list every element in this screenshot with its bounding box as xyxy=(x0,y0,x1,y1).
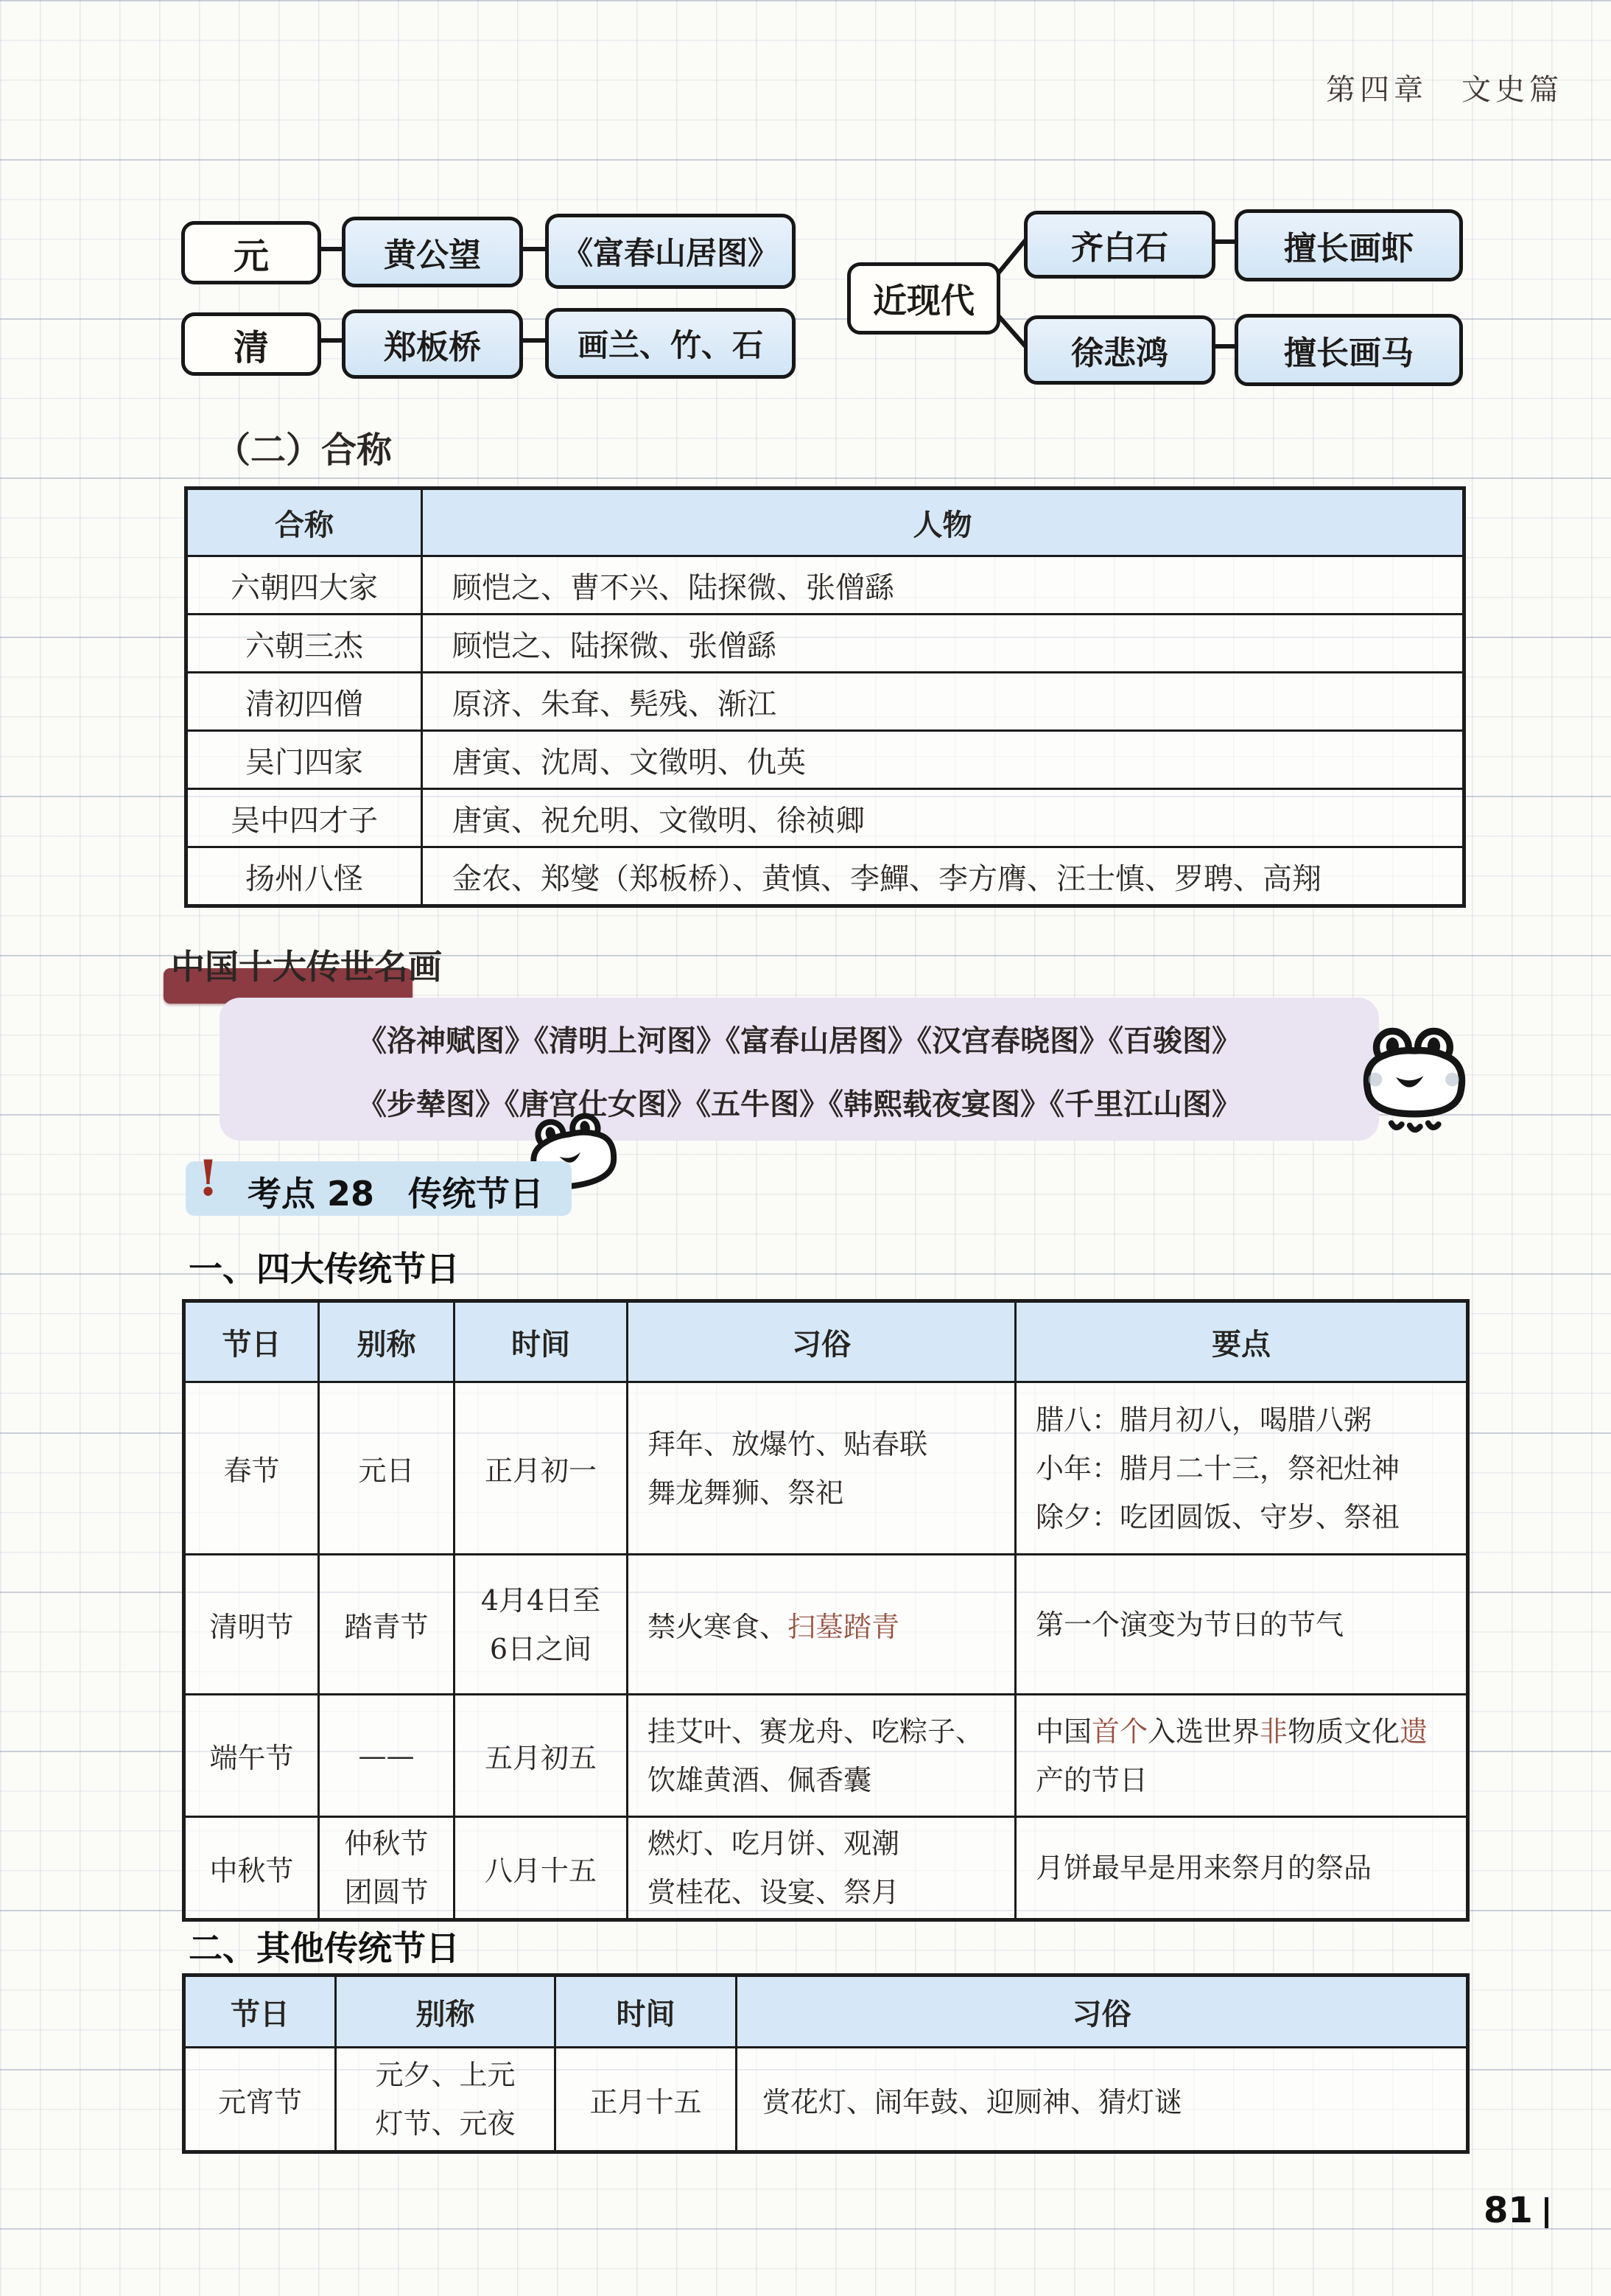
festival-customs: 禁火寒食、扫墓踏青 xyxy=(628,1555,1016,1695)
table-row: 六朝四大家 顾恺之、曹不兴、陆探微、张僧繇 xyxy=(186,556,1464,615)
col-points: 要点 xyxy=(1016,1301,1468,1382)
festival-points: 月饼最早是用来祭月的祭品 xyxy=(1016,1817,1468,1920)
hecheng-col-people: 人物 xyxy=(422,489,1464,556)
festival-alias: 元日 xyxy=(319,1382,454,1555)
table-row-duanwu: 端午节 —— 五月初五 挂艾叶、赛龙舟、吃粽子、 饮雄黄酒、佩香囊 中国首个入选… xyxy=(184,1695,1468,1817)
table-row-qingming: 清明节 踏青节 4月4日至 6日之间 禁火寒食、扫墓踏青 第一个演变为节日的节气 xyxy=(184,1555,1468,1695)
festival-name: 端午节 xyxy=(184,1695,319,1817)
flow-work-fuchunshanju: 《富春山居图》 xyxy=(545,214,796,289)
festivals-header-row: 节日 别称 时间 习俗 要点 xyxy=(184,1301,1468,1382)
four-festivals-heading: 一、四大传统节日 xyxy=(189,1242,460,1291)
festival-points: 腊八：腊月初八，喝腊八粥 小年：腊月二十三，祭祀灶神 除夕：吃团圆饭、守岁、祭祖 xyxy=(1016,1382,1468,1555)
table-row-yuanxiao: 元宵节 元夕、上元 灯节、元夜 正月十五 赏花灯、闹年鼓、迎厕神、猜灯谜 xyxy=(184,2048,1468,2152)
flow-artist-xubeihong: 徐悲鸿 xyxy=(1024,315,1215,385)
group-name: 六朝三杰 xyxy=(186,615,422,673)
flow-artist-huanggongwang: 黄公望 xyxy=(342,217,523,287)
paintings-line-2: 《步辇图》《唐宫仕女图》《五牛图》《韩熙载夜宴图》《千里江山图》 xyxy=(220,1086,1379,1123)
hecheng-col-name: 合称 xyxy=(186,489,422,556)
col-alias: 别称 xyxy=(319,1301,454,1382)
festival-name: 清明节 xyxy=(184,1555,319,1695)
kaodian-title: 考点 28 传统节日 xyxy=(248,1167,544,1216)
exclamation-marker: ! xyxy=(197,1149,219,1207)
hecheng-table: 合称 人物 六朝四大家 顾恺之、曹不兴、陆探微、张僧繇 六朝三杰 顾恺之、陆探微… xyxy=(184,486,1466,908)
festival-points: 中国首个入选世界非物质文化遗 产的节日 xyxy=(1016,1695,1468,1817)
festival-name: 元宵节 xyxy=(184,2048,336,2152)
col-customs: 习俗 xyxy=(628,1301,1016,1382)
flow-era-modern: 近现代 xyxy=(847,262,1000,335)
festival-customs: 燃灯、吃月饼、观潮 赏桂花、设宴、祭月 xyxy=(628,1817,1016,1920)
festival-name: 春节 xyxy=(184,1382,319,1555)
flow-era-yuan: 元 xyxy=(181,221,321,284)
group-name: 吴门四家 xyxy=(186,731,422,789)
group-people: 顾恺之、陆探微、张僧繇 xyxy=(422,615,1464,673)
col-customs: 习俗 xyxy=(737,1975,1468,2048)
festival-customs: 挂艾叶、赛龙舟、吃粽子、 饮雄黄酒、佩香囊 xyxy=(628,1695,1016,1817)
col-festival: 节日 xyxy=(184,1301,319,1382)
group-people: 金农、郑燮（郑板桥）、黄慎、李鱓、李方膺、汪士慎、罗聘、高翔 xyxy=(422,847,1464,906)
flow-skill-horse: 擅长画马 xyxy=(1235,314,1463,386)
other-header-row: 节日 别称 时间 习俗 xyxy=(184,1975,1468,2048)
page-number: 81 xyxy=(1484,2190,1548,2231)
festival-customs: 拜年、放爆竹、贴春联 舞龙舞狮、祭祀 xyxy=(628,1382,1016,1555)
col-alias: 别称 xyxy=(336,1975,555,2048)
group-people: 唐寅、沈周、文徵明、仇英 xyxy=(422,731,1464,789)
group-name: 吴中四才子 xyxy=(186,789,422,847)
col-time: 时间 xyxy=(555,1975,737,2048)
table-row: 吴中四才子 唐寅、祝允明、文徵明、徐祯卿 xyxy=(186,789,1464,847)
flow-artist-qibaishi: 齐白石 xyxy=(1024,211,1215,279)
flow-work-orchid-bamboo-stone: 画兰、竹、石 xyxy=(545,308,796,379)
group-name: 六朝四大家 xyxy=(186,556,422,615)
festival-customs: 赏花灯、闹年鼓、迎厕神、猜灯谜 xyxy=(737,2048,1468,2152)
table-row: 六朝三杰 顾恺之、陆探微、张僧繇 xyxy=(186,615,1464,673)
festival-name: 中秋节 xyxy=(184,1817,319,1920)
notebook-page: 第四章 文史篇 元 黄公望 《富春山居图》 清 郑板桥 画兰、竹、石 近现代 齐… xyxy=(0,0,1611,2296)
festival-alias: 踏青节 xyxy=(319,1555,454,1695)
red-emphasis: 非 xyxy=(1260,1715,1288,1748)
festival-time: 正月十五 xyxy=(555,2048,737,2152)
other-festivals-heading: 二、其他传统节日 xyxy=(189,1922,460,1970)
table-row: 扬州八怪 金农、郑燮（郑板桥）、黄慎、李鱓、李方膺、汪士慎、罗聘、高翔 xyxy=(186,847,1464,906)
hecheng-header-row: 合称 人物 xyxy=(186,489,1464,556)
festival-time: 五月初五 xyxy=(454,1695,628,1817)
festival-alias: —— xyxy=(319,1695,454,1817)
red-emphasis: 扫墓踏青 xyxy=(787,1611,899,1643)
festival-time: 正月初一 xyxy=(454,1382,628,1555)
table-row-zhongqiu: 中秋节 仲秋节 团圆节 八月十五 燃灯、吃月饼、观潮 赏桂花、设宴、祭月 月饼最… xyxy=(184,1817,1468,1920)
four-festivals-table: 节日 别称 时间 习俗 要点 春节 元日 正月初一 拜年、放爆竹、贴春联 舞龙舞… xyxy=(182,1299,1466,1922)
table-row-chunjie: 春节 元日 正月初一 拜年、放爆竹、贴春联 舞龙舞狮、祭祀 腊八：腊月初八，喝腊… xyxy=(184,1382,1468,1555)
table-row: 吴门四家 唐寅、沈周、文徵明、仇英 xyxy=(186,731,1464,789)
festival-alias: 元夕、上元 灯节、元夜 xyxy=(336,2048,555,2152)
paintings-box: 《洛神赋图》《清明上河图》《富春山居图》《汉宫春晓图》《百骏图》 《步辇图》《唐… xyxy=(220,998,1379,1141)
flow-skill-shrimp: 擅长画虾 xyxy=(1235,209,1463,281)
table-row: 清初四僧 原济、朱耷、髡残、渐江 xyxy=(186,673,1464,731)
frog-doodle-icon xyxy=(1357,1024,1472,1135)
flow-era-qing: 清 xyxy=(181,312,321,376)
hecheng-heading: （二）合称 xyxy=(215,421,392,472)
paintings-heading: 中国十大传世名画 xyxy=(171,940,442,989)
other-festivals-table: 节日 别称 时间 习俗 元宵节 元夕、上元 灯节、元夜 正月十五 赏花灯、闹年鼓… xyxy=(182,1973,1466,2154)
group-people: 原济、朱耷、髡残、渐江 xyxy=(422,673,1464,731)
festival-alias: 仲秋节 团圆节 xyxy=(319,1817,454,1920)
festival-points: 第一个演变为节日的节气 xyxy=(1016,1555,1468,1695)
group-people: 顾恺之、曹不兴、陆探微、张僧繇 xyxy=(422,556,1464,615)
red-emphasis: 遗 xyxy=(1400,1715,1428,1748)
page-number-bar xyxy=(1545,2197,1548,2228)
group-people: 唐寅、祝允明、文徵明、徐祯卿 xyxy=(422,789,1464,847)
col-time: 时间 xyxy=(454,1301,628,1382)
festival-time: 4月4日至 6日之间 xyxy=(454,1555,628,1695)
red-emphasis: 首个 xyxy=(1092,1715,1148,1748)
festival-time: 八月十五 xyxy=(454,1817,628,1920)
col-festival: 节日 xyxy=(184,1975,336,2048)
group-name: 扬州八怪 xyxy=(186,847,422,906)
flow-artist-zhengbanqiao: 郑板桥 xyxy=(342,309,523,379)
paintings-line-1: 《洛神赋图》《清明上河图》《富春山居图》《汉宫春晓图》《百骏图》 xyxy=(220,1023,1379,1060)
group-name: 清初四僧 xyxy=(186,673,422,731)
